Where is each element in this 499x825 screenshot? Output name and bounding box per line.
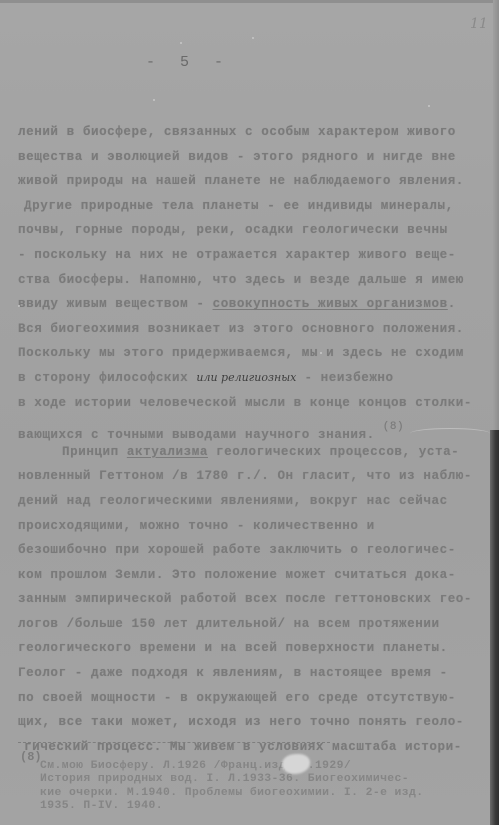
line-text: вещества и эволюцией видов - этого рядно… — [18, 150, 456, 164]
footnote-reference: (8) — [383, 421, 404, 433]
line-text: геологических процессов, уста- — [208, 445, 459, 459]
footnote-mark: (8) — [20, 750, 42, 764]
dust-speck — [428, 105, 430, 107]
line-text: почвы, горные породы, реки, осадки геоло… — [18, 223, 448, 237]
text-line: занным эмпирической работой всех после г… — [18, 587, 488, 612]
text-line: ства биосферы. Напомню, что здесь и везд… — [18, 268, 488, 293]
line-text: в ходе истории человеческой мысли в конц… — [18, 396, 472, 410]
text-line: логов /больше 150 лет длительной/ на все… — [18, 612, 488, 637]
line-text: безошибочно при хорошей работе заключить… — [18, 543, 456, 557]
text-line: по своей мощности - в окружающей его сре… — [18, 686, 488, 711]
line-text: Принцип — [62, 445, 127, 459]
dust-speck — [18, 305, 20, 307]
underlined-text: актуализма — [127, 445, 208, 459]
line-text: Другие природные тела планеты - ее индив… — [24, 199, 454, 213]
line-text: происходящими, можно точно - количествен… — [18, 519, 375, 533]
text-line: дений над геологическими явлениями, вокр… — [18, 489, 488, 514]
line-text: ком прошлом Земли. Это положение может с… — [18, 568, 456, 582]
line-text: ввиду живым веществом - — [18, 297, 213, 311]
footnote-line: История природных вод. I. Л.1933-36. Био… — [40, 773, 480, 786]
text-line: ком прошлом Земли. Это положение может с… — [18, 563, 488, 588]
line-text: по своей мощности - в окружающей его сре… — [18, 691, 456, 705]
text-line: в сторону философских или религиозных - … — [18, 366, 488, 391]
line-text: лений в биосфере, связанных с особым хар… — [18, 125, 456, 139]
text-line: новленный Геттоном /в 1780 г./. Он гласи… — [18, 464, 488, 489]
text-line: почвы, горные породы, реки, осадки геоло… — [18, 218, 488, 243]
underlined-text: совокупность живых организмов — [213, 297, 448, 311]
footnote-separator — [18, 742, 330, 743]
dust-speck — [153, 99, 155, 101]
film-scratch — [410, 428, 490, 439]
text-line: Вся биогеохимия возникает из этого основ… — [18, 317, 488, 342]
dust-speck — [252, 37, 254, 39]
line-text: Геолог - даже подходя к явлениям, в наст… — [18, 666, 448, 680]
dust-speck — [180, 42, 182, 44]
line-text: в сторону философских — [18, 371, 196, 385]
text-line: Геолог - даже подходя к явлениям, в наст… — [18, 661, 488, 686]
line-text: Поскольку мы этого придерживаемся, мы и … — [18, 346, 464, 360]
body-text: лений в биосфере, связанных с особым хар… — [18, 120, 488, 759]
line-text: щих, все таки может, исходя из него точн… — [18, 715, 464, 729]
scanned-page: 11 - 5 - лений в биосфере, связанных с о… — [0, 0, 499, 825]
line-text: Вся биогеохимия возникает из этого основ… — [18, 322, 464, 336]
text-line: ввиду живым веществом - совокупность жив… — [18, 292, 488, 317]
footnote-line: 1935. П-IV. 1940. — [40, 800, 480, 813]
text-line: гический процесс. Мы живем в условиях ма… — [18, 735, 488, 760]
text-line: Поскольку мы этого придерживаемся, мы и … — [18, 341, 488, 366]
dust-speck — [320, 352, 322, 354]
text-line: щих, все таки может, исходя из него точн… — [18, 710, 488, 735]
text-line: вещества и эволюцией видов - этого рядно… — [18, 145, 488, 170]
footnote-line: кие очерки. М.1940. Проблемы биогеохимии… — [40, 787, 480, 800]
line-text: занным эмпирической работой всех после г… — [18, 592, 472, 606]
line-text: ства биосферы. Напомню, что здесь и везд… — [18, 273, 464, 287]
footnote-line: См.мою Биосферу. Л.1926 /Франц.изд. П.19… — [40, 760, 480, 773]
page-edge-shadow — [490, 430, 499, 825]
page-number: - 5 - — [146, 54, 226, 71]
line-text: логов /больше 150 лет длительной/ на все… — [18, 617, 440, 631]
text-line: Принцип актуализма геологических процесс… — [18, 440, 488, 465]
text-line: живой природы на нашей планете не наблюд… — [18, 169, 488, 194]
line-text: - неизбежно — [296, 371, 393, 385]
footnote-text: См.мою Биосферу. Л.1926 /Франц.изд. П.19… — [40, 760, 480, 814]
line-text: геологического времени и на всей поверхн… — [18, 641, 448, 655]
line-text: новленный Геттоном /в 1780 г./. Он гласи… — [18, 469, 472, 483]
text-line: безошибочно при хорошей работе заключить… — [18, 538, 488, 563]
handwritten-insertion: или религиозных — [196, 371, 296, 384]
text-line: - поскольку на них не отражается характе… — [18, 243, 488, 268]
text-line: происходящими, можно точно - количествен… — [18, 514, 488, 539]
line-text: - поскольку на них не отражается характе… — [18, 248, 456, 262]
text-line: в ходе истории человеческой мысли в конц… — [18, 391, 488, 416]
text-line: Другие природные тела планеты - ее индив… — [18, 194, 488, 219]
folio-number: 11 — [470, 16, 488, 32]
text-line: геологического времени и на всей поверхн… — [18, 636, 488, 661]
page-top-edge — [0, 0, 499, 3]
line-text: живой природы на нашей планете не наблюд… — [18, 174, 464, 188]
text-line: лений в биосфере, связанных с особым хар… — [18, 120, 488, 145]
line-text: дений над геологическими явлениями, вокр… — [18, 494, 448, 508]
page-right-edge — [493, 0, 499, 430]
line-text: . — [448, 297, 456, 311]
